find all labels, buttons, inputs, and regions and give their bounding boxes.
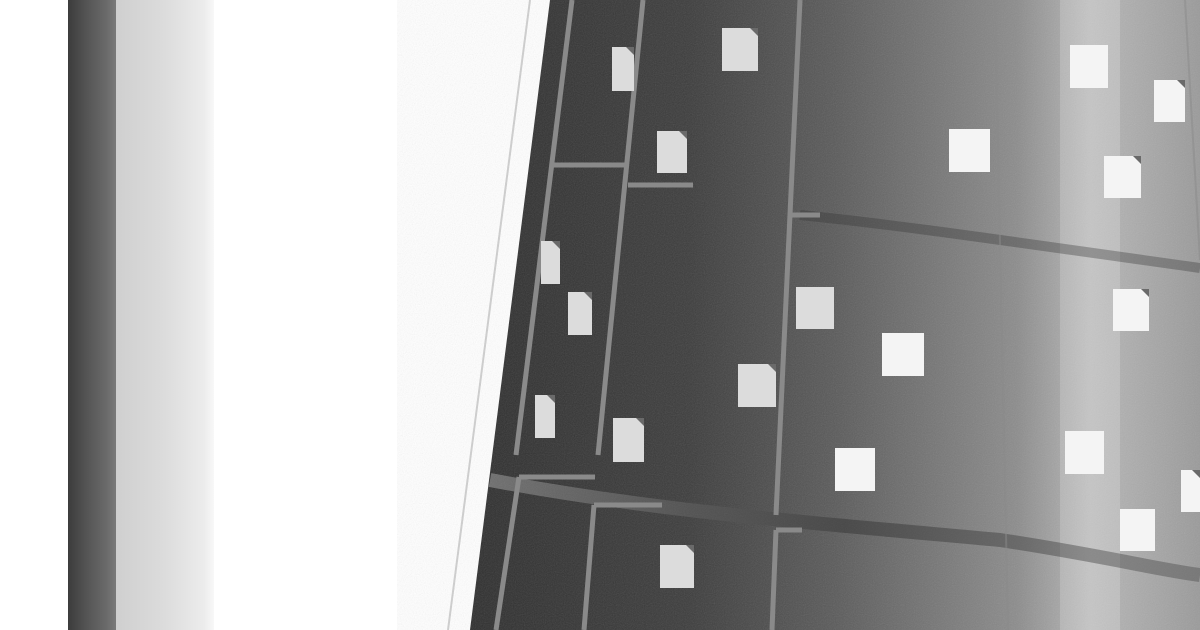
document-shape	[1154, 80, 1185, 122]
document-shape	[541, 241, 560, 284]
document-shape	[1120, 509, 1155, 551]
document-shape	[568, 292, 592, 335]
light-glow	[1060, 0, 1120, 630]
document-shape	[835, 448, 875, 491]
document-shape	[882, 333, 924, 376]
document-shape	[1065, 431, 1104, 474]
document-shape	[722, 28, 758, 71]
document-shape	[660, 545, 694, 588]
document-shape	[1113, 289, 1149, 331]
document-shape	[738, 364, 776, 407]
document-shape	[1070, 45, 1108, 88]
document-shape	[1104, 156, 1141, 198]
document-shape	[535, 395, 555, 438]
document-shape	[613, 418, 644, 462]
artwork-canvas	[0, 0, 1200, 630]
document-shape	[612, 47, 634, 91]
document-shape	[796, 287, 834, 329]
document-shape	[1181, 470, 1200, 512]
document-shape	[657, 131, 687, 173]
document-shape	[949, 129, 990, 172]
